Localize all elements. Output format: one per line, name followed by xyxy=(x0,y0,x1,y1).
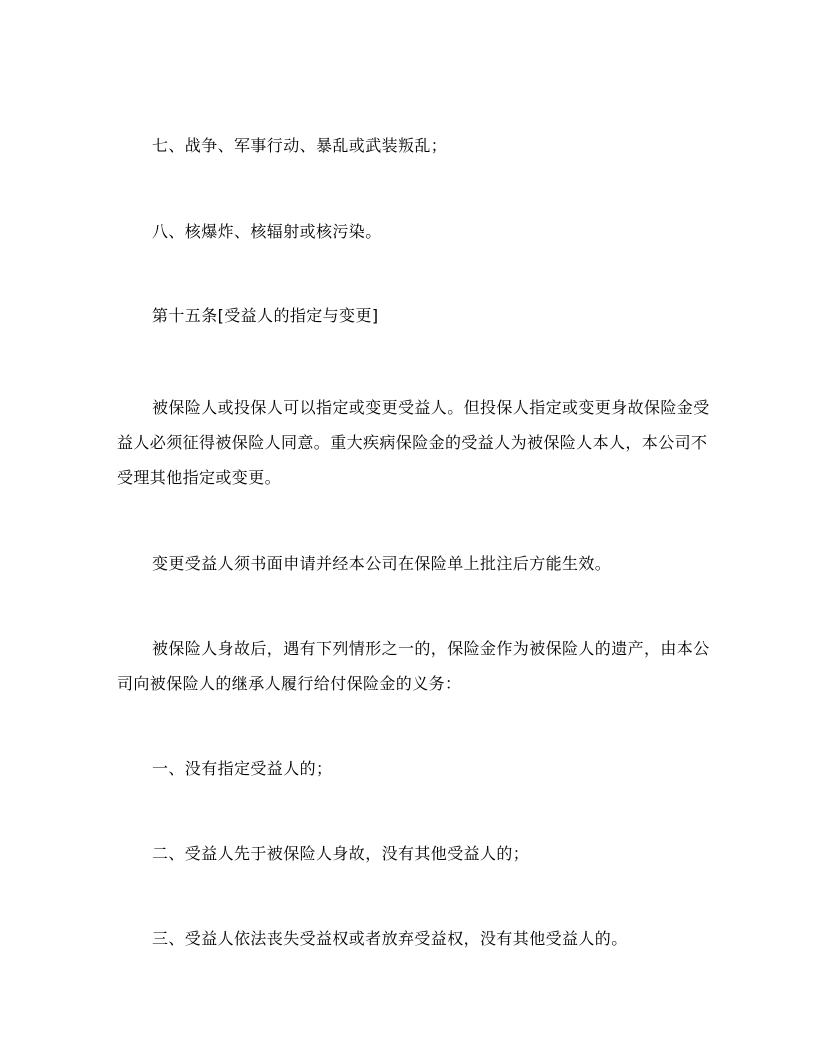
text-line: 一、没有指定受益人的； xyxy=(117,751,717,786)
text-line: 被保险人身故后，遇有下列情形之一的，保险金作为被保险人的遗产，由本公 xyxy=(117,631,717,666)
list-item-1: 一、没有指定受益人的； xyxy=(117,751,717,786)
document-page: 七、战争、军事行动、暴乱或武装叛乱； 八、核爆炸、核辐射或核污染。 第十五条[受… xyxy=(0,0,816,1056)
list-item-3: 三、受益人依法丧失受益权或者放弃受益权，没有其他受益人的。 xyxy=(117,921,717,956)
text-line: 七、战争、军事行动、暴乱或武装叛乱； xyxy=(117,128,717,163)
text-line: 被保险人或投保人可以指定或变更受益人。但投保人指定或变更身故保险金受 xyxy=(117,390,717,425)
text-line: 变更受益人须书面申请并经本公司在保险单上批注后方能生效。 xyxy=(117,546,717,581)
article-heading: 第十五条[受益人的指定与变更] xyxy=(117,298,717,333)
paragraph-beneficiary-designation: 被保险人或投保人可以指定或变更受益人。但投保人指定或变更身故保险金受 益人必须征… xyxy=(117,390,717,495)
text-line: 二、受益人先于被保险人身故，没有其他受益人的； xyxy=(117,836,717,871)
text-line: 益人必须征得被保险人同意。重大疾病保险金的受益人为被保险人本人，本公司不 xyxy=(117,425,717,460)
text-line: 司向被保险人的继承人履行给付保险金的义务： xyxy=(117,666,717,701)
text-line: 三、受益人依法丧失受益权或者放弃受益权，没有其他受益人的。 xyxy=(117,921,717,956)
text-line: 受理其他指定或变更。 xyxy=(117,460,717,495)
paragraph-change-beneficiary: 变更受益人须书面申请并经本公司在保险单上批注后方能生效。 xyxy=(117,546,717,581)
paragraph-item-7: 七、战争、军事行动、暴乱或武装叛乱； xyxy=(117,128,717,163)
paragraph-item-8: 八、核爆炸、核辐射或核污染。 xyxy=(117,214,717,249)
paragraph-estate-payment: 被保险人身故后，遇有下列情形之一的，保险金作为被保险人的遗产，由本公 司向被保险… xyxy=(117,631,717,701)
list-item-2: 二、受益人先于被保险人身故，没有其他受益人的； xyxy=(117,836,717,871)
text-line: 第十五条[受益人的指定与变更] xyxy=(117,298,717,333)
text-line: 八、核爆炸、核辐射或核污染。 xyxy=(117,214,717,249)
